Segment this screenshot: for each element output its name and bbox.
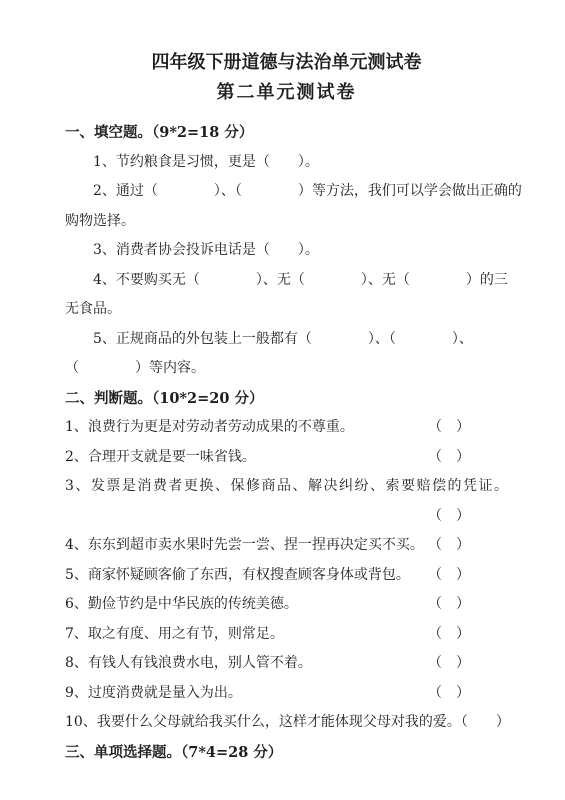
fill-blank-question-2-line-2: 购物选择。 — [65, 207, 508, 237]
answer-bracket: （ ） — [428, 413, 470, 443]
section-multiple-choice: 三、单项选择题。（7*4=28 分） — [65, 738, 508, 768]
judgment-question-text: 1、浪费行为更是对劳动者劳动成果的不尊重。 — [65, 413, 354, 443]
judgment-row-5: 5、商家怀疑顾客偷了东西，有权搜查顾客身体或背包。 （ ） — [65, 561, 508, 591]
answer-bracket: （ ） — [428, 590, 470, 620]
fill-blank-question-4-line-2: 无食品。 — [65, 295, 508, 325]
judgment-question-text: 6、勤俭节约是中华民族的传统美德。 — [65, 590, 298, 620]
section-fill-blank-heading: 一、填空题。（9*2=18 分） — [65, 118, 508, 148]
fill-blank-question-2-line-1: 2、通过（ ）、（ ）等方法，我们可以学会做出正确的 — [65, 177, 508, 207]
answer-bracket: （ ） — [428, 443, 470, 473]
paper-title: 四年级下册道德与法治单元测试卷 — [65, 50, 508, 76]
fill-blank-question-1: 1、节约粮食是习惯，更是（ ）。 — [65, 148, 508, 178]
judgment-row-8: 8、有钱人有钱浪费水电，别人管不着。 （ ） — [65, 649, 508, 679]
judgment-question-text: 7、取之有度、用之有节，则常足。 — [65, 620, 284, 650]
judgment-row-4: 4、东东到超市卖水果时先尝一尝、捏一捏再决定买不买。 （ ） — [65, 531, 508, 561]
answer-bracket: （ ） — [428, 531, 470, 561]
judgment-row-10: 10、我要什么父母就给我买什么，这样才能体现父母对我的爱。（ ） — [65, 708, 508, 738]
judgment-question-text: 10、我要什么父母就给我买什么，这样才能体现父母对我的爱。 — [65, 714, 461, 730]
answer-bracket: （ ） — [428, 561, 470, 591]
judgment-question-text: 9、过度消费就是量入为出。 — [65, 679, 242, 709]
answer-bracket: （ ） — [461, 714, 510, 730]
judgment-question-text: 5、商家怀疑顾客偷了东西，有权搜查顾客身体或背包。 — [65, 561, 410, 591]
test-paper-page: 四年级下册道德与法治单元测试卷 第二单元测试卷 一、填空题。（9*2=18 分）… — [0, 0, 565, 800]
judgment-row-9: 9、过度消费就是量入为出。 （ ） — [65, 679, 508, 709]
fill-blank-question-5-line-1: 5、正规商品的外包装上一般都有（ ）、（ ）、 — [65, 325, 508, 355]
judgment-question-text: 2、合理开支就是要一味省钱。 — [65, 443, 256, 473]
section-multiple-choice-heading: 三、单项选择题。（7*4=28 分） — [65, 738, 508, 768]
fill-blank-question-4-line-1: 4、不要购买无（ ）、无（ ）、无（ ）的三 — [65, 266, 508, 296]
judgment-row-7: 7、取之有度、用之有节，则常足。 （ ） — [65, 620, 508, 650]
answer-bracket: （ ） — [428, 620, 470, 650]
judgment-row-6: 6、勤俭节约是中华民族的传统美德。 （ ） — [65, 590, 508, 620]
answer-bracket: （ ） — [428, 679, 470, 709]
fill-blank-question-5-line-2: （ ）等内容。 — [65, 354, 508, 384]
answer-bracket: （ ） — [428, 649, 470, 679]
section-fill-blank: 一、填空题。（9*2=18 分） 1、节约粮食是习惯，更是（ ）。 2、通过（ … — [65, 118, 508, 384]
answer-bracket: （ ） — [428, 502, 470, 532]
judgment-question-3-text: 3、发票是消费者更换、保修商品、解决纠纷、索要赔偿的凭证。 — [65, 472, 508, 502]
paper-subtitle: 第二单元测试卷 — [65, 80, 508, 106]
judgment-row-2: 2、合理开支就是要一味省钱。 （ ） — [65, 443, 508, 473]
judgment-question-text: 4、东东到超市卖水果时先尝一尝、捏一捏再决定买不买。 — [65, 531, 424, 561]
judgment-row-1: 1、浪费行为更是对劳动者劳动成果的不尊重。 （ ） — [65, 413, 508, 443]
section-judgment: 二、判断题。（10*2=20 分） 1、浪费行为更是对劳动者劳动成果的不尊重。 … — [65, 384, 508, 738]
fill-blank-question-3: 3、消费者协会投诉电话是（ ）。 — [65, 236, 508, 266]
judgment-row-3-bracket: （ ） — [65, 502, 508, 532]
section-judgment-heading: 二、判断题。（10*2=20 分） — [65, 384, 508, 414]
judgment-question-text: 8、有钱人有钱浪费水电，别人管不着。 — [65, 649, 312, 679]
